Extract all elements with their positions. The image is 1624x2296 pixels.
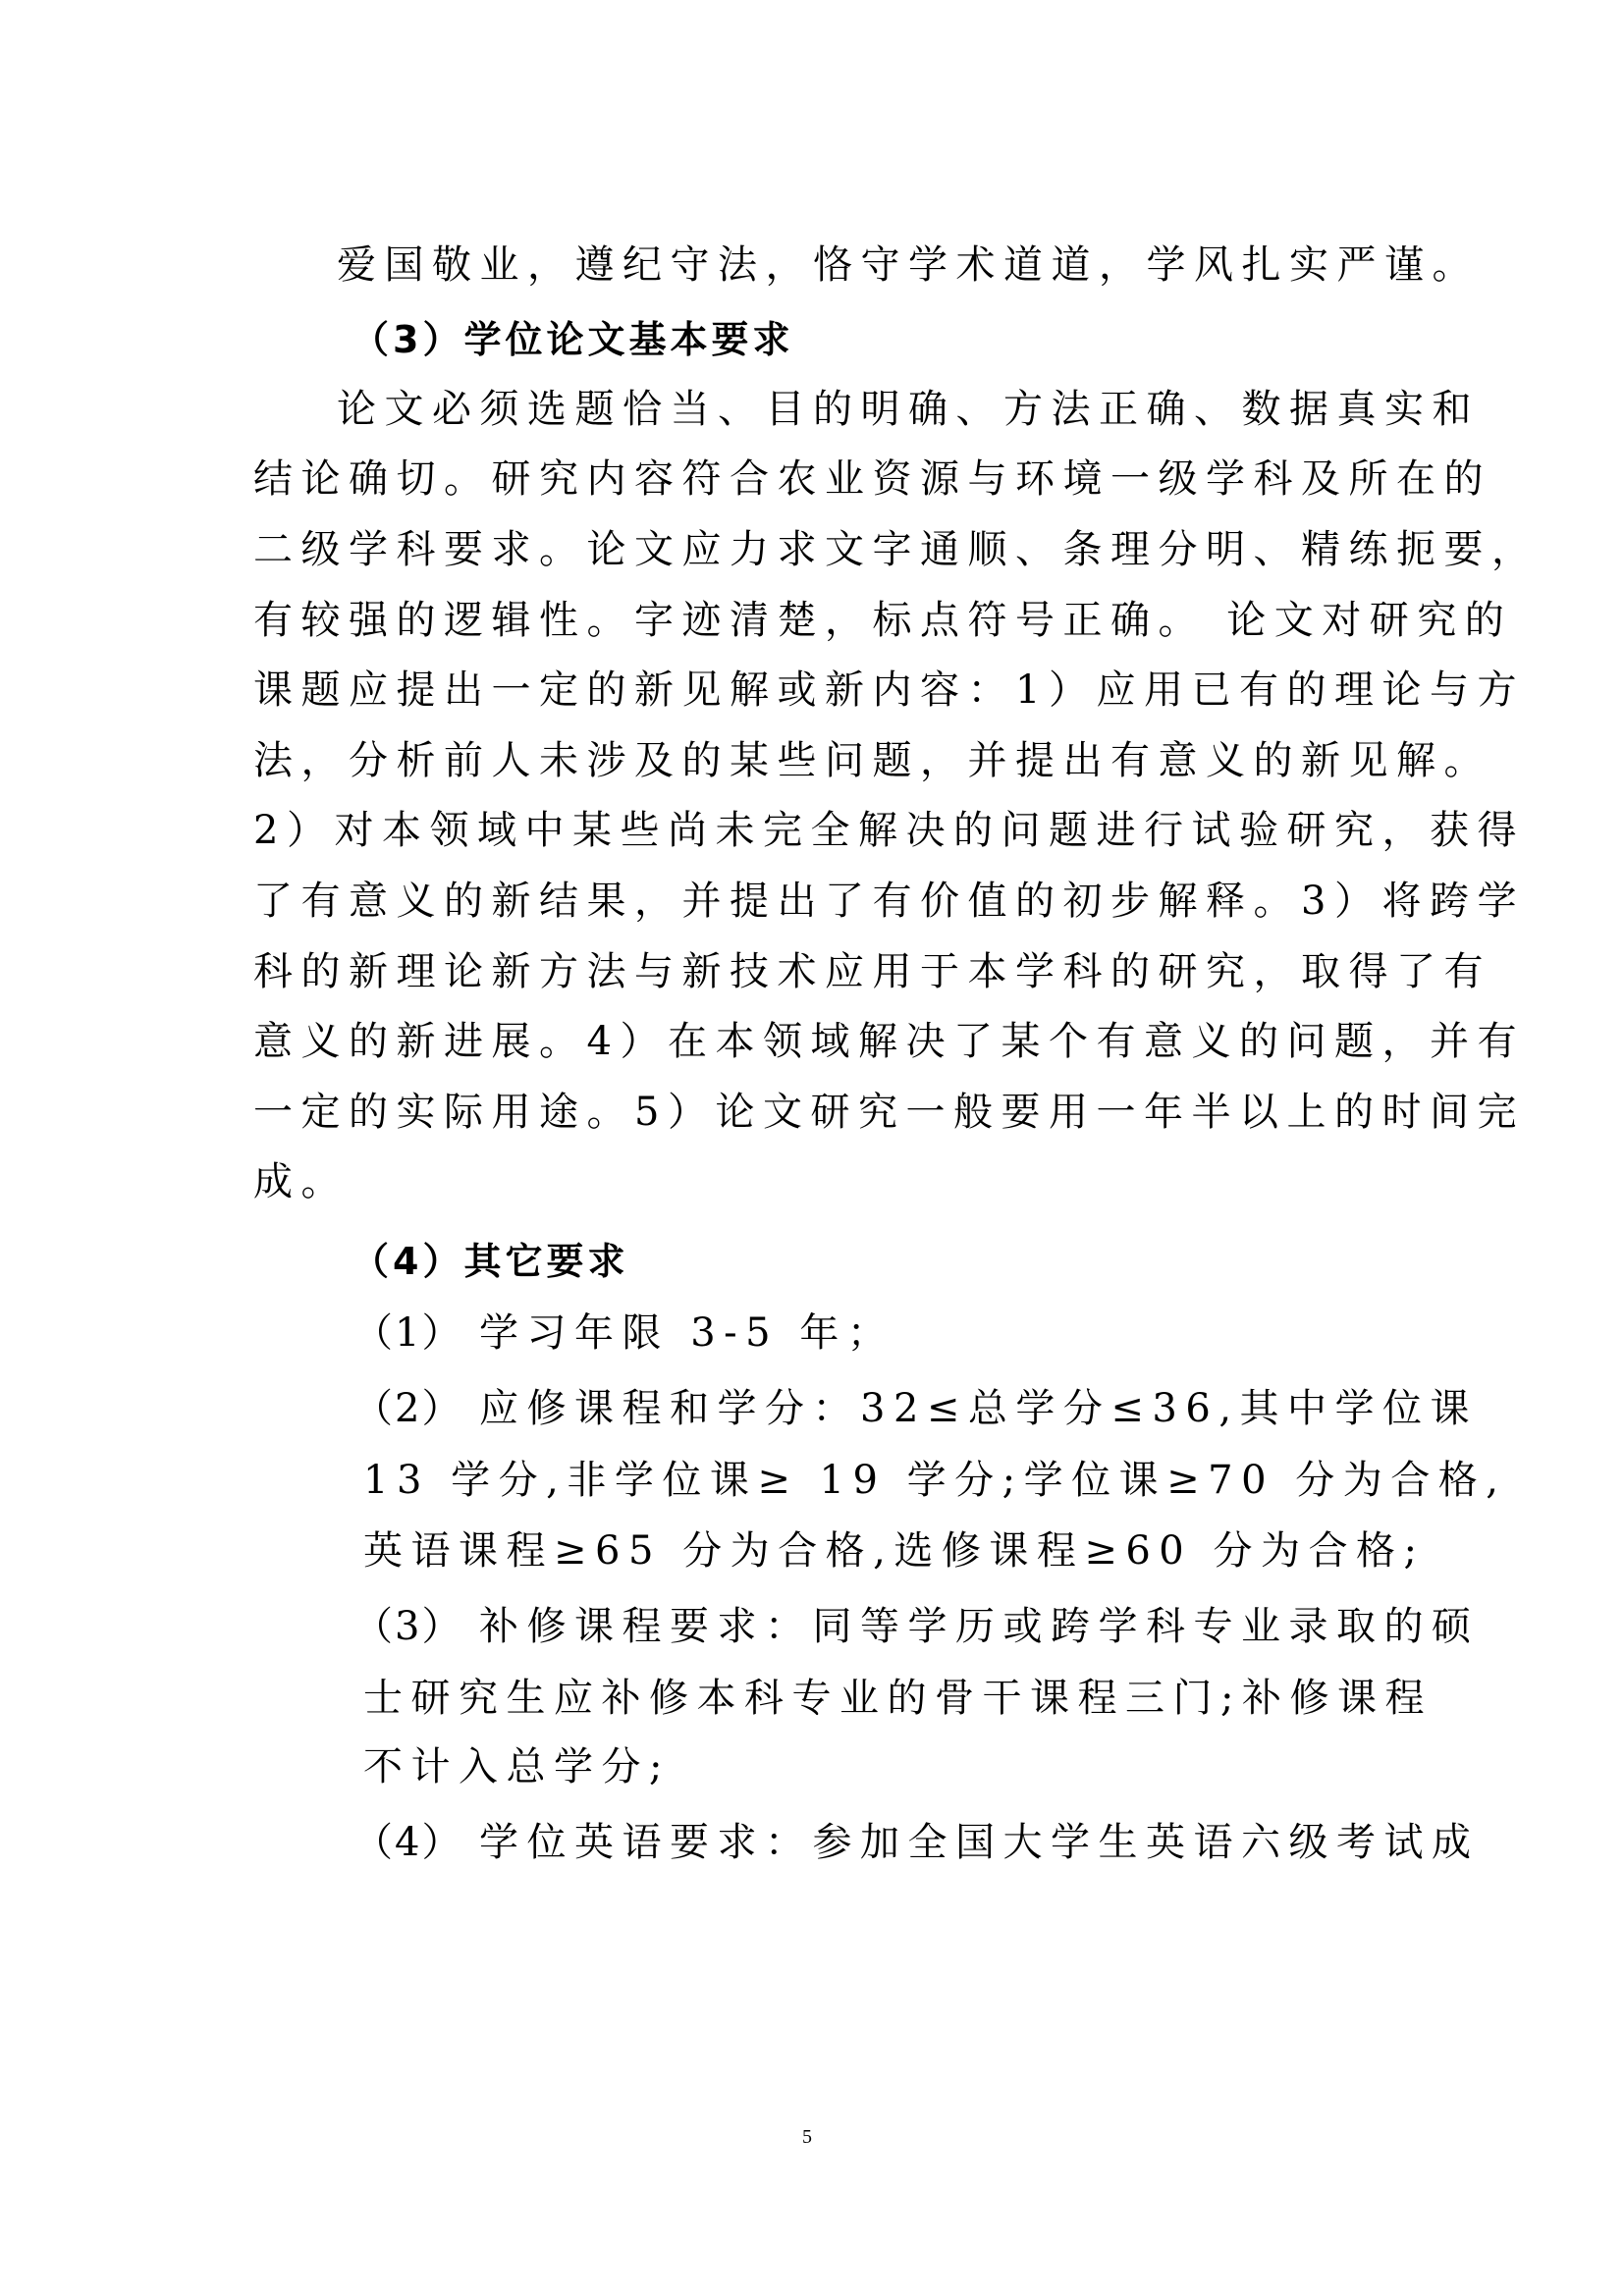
- thesis-paragraph-line: 课题应提出一定的新见解或新内容：1）应用已有的理论与方: [253, 666, 1382, 715]
- list-item-number: （3）: [353, 1602, 462, 1651]
- section-heading-thesis-requirements: （3）学位论文基本要求: [352, 315, 793, 364]
- thesis-paragraph-line: 科的新理论新方法与新技术应用于本学科的研究，取得了有: [253, 947, 1382, 996]
- list-item-number: （2）: [353, 1384, 462, 1433]
- thesis-paragraph-line: 结论确切。研究内容符合农业资源与环境一级学科及所在的: [253, 454, 1382, 504]
- list-item-remedial-courses-cont: 士研究生应补修本科专业的骨干课程三门;补修课程: [363, 1674, 1382, 1723]
- thesis-paragraph-line: 二级学科要求。论文应力求文字通顺、条理分明、精练扼要，: [253, 525, 1382, 574]
- document-page: 爱国敬业，遵纪守法，恪守学术道道，学风扎实严谨。 （3）学位论文基本要求 论文必…: [0, 0, 1624, 2296]
- list-item-credits: 应修课程和学分：32≤总学分≤36,其中学位课: [479, 1384, 1382, 1433]
- list-item-study-duration: 学习年限 3-5 年；: [479, 1308, 1382, 1358]
- list-item-english-requirement: 学位英语要求：参加全国大学生英语六级考试成: [479, 1818, 1382, 1867]
- paragraph-continuation: 爱国敬业，遵纪守法，恪守学术道道，学风扎实严谨。: [337, 240, 1382, 290]
- list-item-credits-cont: 13 学分,非学位课≥ 19 学分;学位课≥70 分为合格,: [363, 1456, 1382, 1505]
- thesis-paragraph-line: 意义的新进展。4）在本领域解决了某个有意义的问题，并有: [253, 1017, 1382, 1066]
- page-number: 5: [802, 2126, 812, 2149]
- thesis-paragraph-line: 成。: [253, 1157, 1382, 1206]
- list-item-credits-cont: 英语课程≥65 分为合格,选修课程≥60 分为合格;: [363, 1526, 1382, 1575]
- thesis-paragraph-line: 了有意义的新结果，并提出了有价值的初步解释。3）将跨学: [253, 877, 1382, 926]
- thesis-paragraph-line: 有较强的逻辑性。字迹清楚，标点符号正确。 论文对研究的: [253, 596, 1382, 645]
- section-heading-other-requirements: （4）其它要求: [352, 1237, 628, 1286]
- list-item-remedial-courses-cont: 不计入总学分;: [363, 1742, 1382, 1791]
- list-item-remedial-courses: 补修课程要求：同等学历或跨学科专业录取的硕: [479, 1602, 1382, 1651]
- list-item-number: （1）: [353, 1308, 462, 1358]
- thesis-paragraph-line: 2）对本领域中某些尚未完全解决的问题进行试验研究，获得: [253, 806, 1382, 855]
- thesis-paragraph-line: 论文必须选题恰当、目的明确、方法正确、数据真实和: [337, 385, 1382, 434]
- thesis-paragraph-line: 法，分析前人未涉及的某些问题，并提出有意义的新见解。: [253, 736, 1382, 785]
- list-item-number: （4）: [353, 1818, 462, 1867]
- thesis-paragraph-line: 一定的实际用途。5）论文研究一般要用一年半以上的时间完: [253, 1088, 1382, 1137]
